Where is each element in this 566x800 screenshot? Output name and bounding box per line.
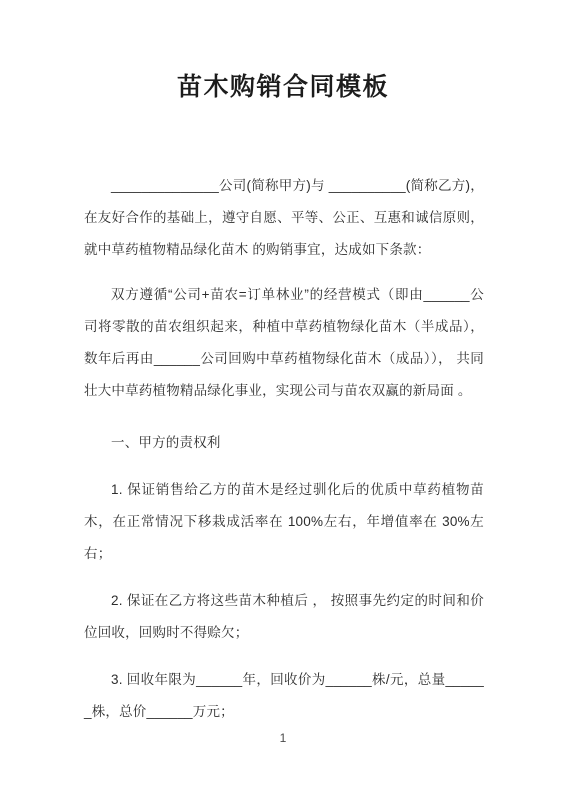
clause-2-repurchase-guarantee: 2. 保证在乙方将这些苗木种植后 ， 按照事先约定的时间和价位回收，回购时不得赊…	[84, 585, 484, 649]
document-body: ______________公司(简称甲方)与 __________(简称乙方)…	[0, 170, 566, 728]
paragraph-business-model: 双方遵循“公司+苗农=订单林业”的经营模式（即由______公司将零散的苗农组织…	[84, 279, 484, 407]
page-number: 1	[0, 730, 566, 746]
section-heading-party-a-rights: 一、甲方的责权利	[84, 427, 484, 459]
contract-document-page: 苗木购销合同模板 ______________公司(简称甲方)与 _______…	[0, 0, 566, 800]
clause-3-repurchase-terms: 3. 回收年限为______年，回收价为______株/元，总量______株，…	[84, 664, 484, 728]
paragraph-parties-intro: ______________公司(简称甲方)与 __________(简称乙方)…	[84, 170, 484, 266]
document-title: 苗木购销合同模板	[0, 0, 566, 104]
clause-1-quality-guarantee: 1. 保证销售给乙方的苗木是经过驯化后的优质中草药植物苗木，在正常情况下移栽成活…	[84, 474, 484, 570]
